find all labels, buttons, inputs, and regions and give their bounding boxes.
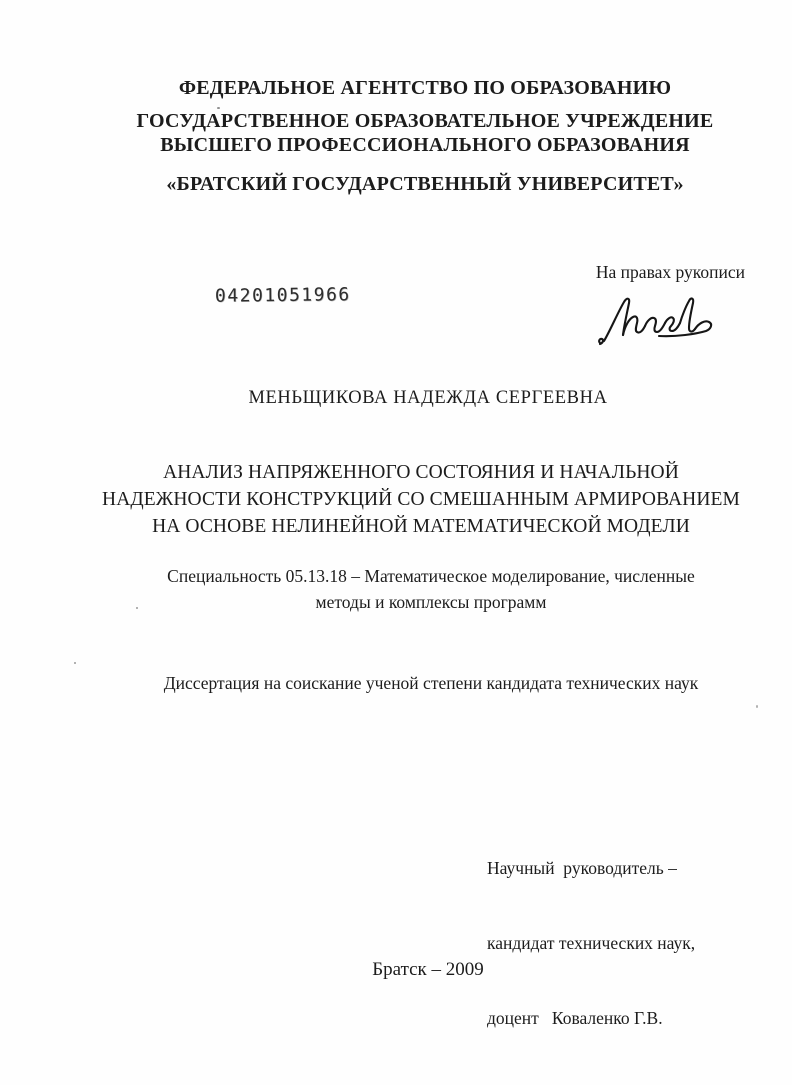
scan-speck xyxy=(217,107,220,109)
author-full-name: МЕНЬЩИКОВА НАДЕЖДА СЕРГЕЕВНА xyxy=(60,388,792,409)
author-signature xyxy=(596,294,726,350)
specialty-line-2: методы и комплексы программ xyxy=(66,589,792,615)
specialty-block: Специальность 05.13.18 – Математическое … xyxy=(66,563,792,615)
supervisor-line-3: доцент Коваленко Г.В. xyxy=(487,1006,747,1031)
title-line-1: АНАЛИЗ НАПРЯЖЕННОГО СОСТОЯНИЯ И НАЧАЛЬНО… xyxy=(56,459,786,486)
dissertation-title-page: ФЕДЕРАЛЬНОЕ АГЕНТСТВО ПО ОБРАЗОВАНИЮ ГОС… xyxy=(0,0,792,1085)
institution-line-1: ГОСУДАРСТВЕННОЕ ОБРАЗОВАТЕЛЬНОЕ УЧРЕЖДЕН… xyxy=(60,109,790,133)
federal-agency-line: ФЕДЕРАЛЬНОЕ АГЕНТСТВО ПО ОБРАЗОВАНИЮ xyxy=(60,76,790,100)
scan-speck xyxy=(756,705,758,708)
institution-line-2: ВЫСШЕГО ПРОФЕССИОНАЛЬНОГО ОБРАЗОВАНИЯ xyxy=(60,133,790,157)
specialty-line-1: Специальность 05.13.18 – Математическое … xyxy=(66,563,792,589)
scan-speck xyxy=(74,662,76,664)
signature-icon xyxy=(596,294,726,350)
degree-note: Диссертация на соискание ученой степени … xyxy=(70,673,792,694)
title-line-3: НА ОСНОВЕ НЕЛИНЕЙНОЙ МАТЕМАТИЧЕСКОЙ МОДЕ… xyxy=(56,513,786,540)
supervisor-line-2: кандидат технических наук, xyxy=(487,931,747,956)
dissertation-title: АНАЛИЗ НАПРЯЖЕННОГО СОСТОЯНИЯ И НАЧАЛЬНО… xyxy=(56,459,786,540)
supervisor-block: Научный руководитель – кандидат техничес… xyxy=(487,806,747,1081)
manuscript-rights-note: На правах рукописи xyxy=(540,262,745,283)
scan-speck xyxy=(136,607,138,609)
registration-stamp-number: 04201051966 xyxy=(215,284,351,306)
city-year: Братск – 2009 xyxy=(67,959,789,981)
university-name: «БРАТСКИЙ ГОСУДАРСТВЕННЫЙ УНИВЕРСИТЕТ» xyxy=(60,172,790,196)
title-line-2: НАДЕЖНОСТИ КОНСТРУКЦИЙ СО СМЕШАННЫМ АРМИ… xyxy=(56,486,786,513)
supervisor-line-1: Научный руководитель – xyxy=(487,856,747,881)
institution-header: ФЕДЕРАЛЬНОЕ АГЕНТСТВО ПО ОБРАЗОВАНИЮ ГОС… xyxy=(60,76,790,196)
